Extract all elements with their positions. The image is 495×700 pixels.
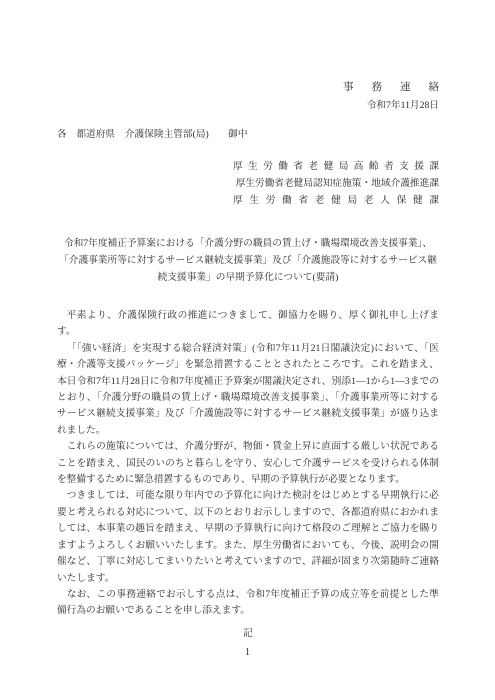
sender-dept-ninchisho-chiiki-kaigo: 厚生労働省老健局認知症施策・地域介護推進課 <box>233 175 439 192</box>
ki-marker: 記 <box>57 625 439 642</box>
paragraph-note: なお、この事務連絡でお示しする点は、令和7年度補正予算の成立等を前提とした準備行… <box>57 587 439 620</box>
title-line-3: 続支援事業」の早期予算化について(要請) <box>57 269 439 286</box>
doc-type-label: 事務連絡 <box>343 80 439 95</box>
title-line-2: 「介護事業所等に対するサービス継続支援事業」及び「介護施設等に対するサービス継 <box>57 252 439 269</box>
sender-dept-rojin-hoken: 厚生労働省老健局老人保健課 <box>233 192 439 209</box>
paragraph-budget-decision: 「「強い経済」を実現する総合経済対策」(令和7年11月21日閣議決定)において、… <box>57 341 439 439</box>
page-number: 1 <box>0 646 495 660</box>
document-page: 事務連絡 令和7年11月28日 各 都道府県 介護保険主管部(局) 御中 厚生労… <box>0 0 495 700</box>
body-text: 平素より、介護保険行政の推進につきまして、御協力を賜り、厚く御礼申し上げます。 … <box>57 308 439 620</box>
paragraph-greeting: 平素より、介護保険行政の推進につきまして、御協力を賜り、厚く御礼申し上げます。 <box>57 308 439 341</box>
paragraph-request: つきましては、可能な限り年内での予算化に向けた検討をはじめとする早期執行に必要と… <box>57 488 439 586</box>
sender-block: 厚生労働省老健局高齢者支援課 厚生労働省老健局認知症施策・地域介護推進課 厚生労… <box>57 158 439 209</box>
addressee-line: 各 都道府県 介護保険主管部(局) 御中 <box>57 127 439 142</box>
paragraph-urgency: これらの施策については、介護分野が、物価・賃金上昇に直面する厳しい状況であること… <box>57 439 439 488</box>
sender-dept-koureisha-shien: 厚生労働省老健局高齢者支援課 <box>233 158 439 175</box>
document-title: 令和7年度補正予算案における「介護分野の職員の賃上げ・職場環境改善支援事業」、 … <box>57 235 439 286</box>
doc-date: 令和7年11月28日 <box>57 98 439 113</box>
title-line-1: 令和7年度補正予算案における「介護分野の職員の賃上げ・職場環境改善支援事業」、 <box>57 235 439 252</box>
